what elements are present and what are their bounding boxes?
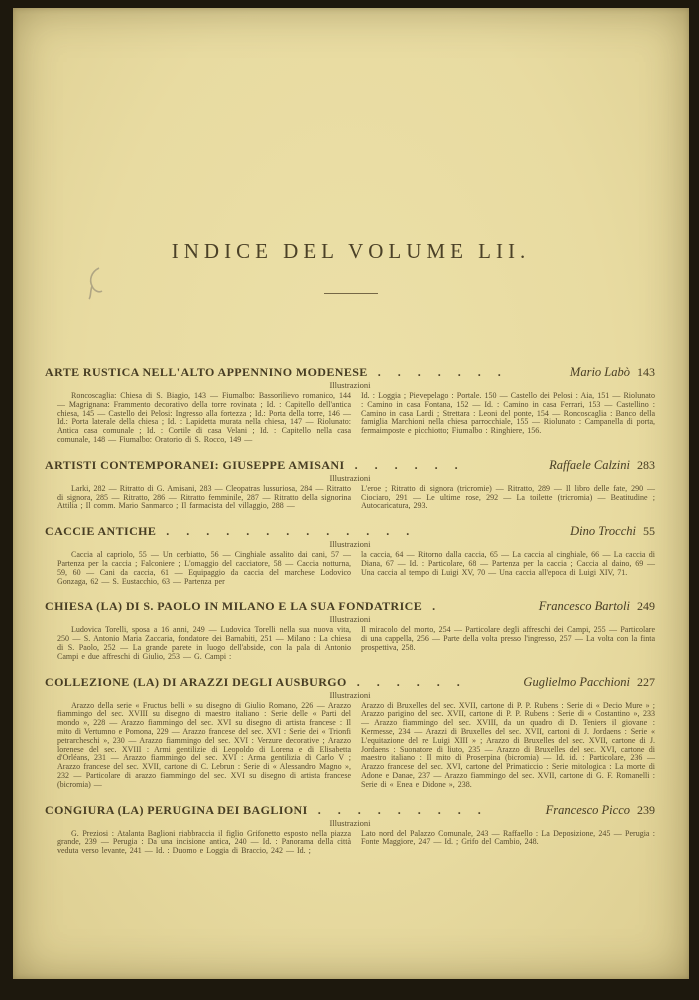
section-head: ARTE RUSTICA NELL'ALTO APPENNINO MODENES… [45, 365, 655, 379]
illustrations-right-column: la caccia, 64 — Ritorno dalla caccia, 65… [361, 551, 655, 586]
dot-leader: . . . . . . . . . . . . . [156, 524, 570, 538]
illustrations-label: Illustrazioni [45, 539, 655, 549]
illustrations-columns: Roncoscaglia: Chiesa di S. Biagio, 143 —… [45, 392, 655, 445]
illustrations-left-column: G. Preziosi : Atalanta Baglioni riabbrac… [57, 830, 351, 856]
section-author: Raffaele Calzini [549, 458, 630, 472]
illustrations-label: Illustrazioni [45, 473, 655, 483]
section-author: Francesco Bartoli [539, 599, 630, 613]
page-title: INDICE DEL VOLUME LII. [13, 239, 689, 264]
illustrations-left-column: Ludovica Torelli, sposa a 16 anni, 249 —… [57, 626, 351, 661]
section-title: CACCIE ANTICHE [45, 524, 156, 538]
illustrations-left-column: Larki, 282 — Ritratto di G. Amisani, 283… [57, 485, 351, 511]
illustrations-label: Illustrazioni [45, 614, 655, 624]
illustrations-label: Illustrazioni [45, 818, 655, 828]
illustrations-columns: G. Preziosi : Atalanta Baglioni riabbrac… [45, 830, 655, 856]
illustrations-label: Illustrazioni [45, 690, 655, 700]
illustrations-columns: Caccia al capriolo, 55 — Un cerbiatto, 5… [45, 551, 655, 586]
section-author: Dino Trocchi [570, 524, 636, 538]
index-section: ARTE RUSTICA NELL'ALTO APPENNINO MODENES… [45, 365, 655, 445]
section-head: CHIESA (LA) DI S. PAOLO IN MILANO E LA S… [45, 599, 655, 613]
scanned-page: INDICE DEL VOLUME LII. ARTE RUSTICA NELL… [13, 8, 689, 979]
illustrations-label: Illustrazioni [45, 380, 655, 390]
section-title: COLLEZIONE (LA) DI ARAZZI DEGLI AUSBURGO [45, 675, 347, 689]
illustrations-right-column: L'eroe ; Ritratto di signora (tricromie)… [361, 485, 655, 511]
illustrations-right-column: Lato nord del Palazzo Comunale, 243 — Ra… [361, 830, 655, 856]
section-title: CONGIURA (LA) PERUGINA DEI BAGLIONI [45, 803, 308, 817]
section-page-number: 249 [637, 599, 655, 613]
section-head: COLLEZIONE (LA) DI ARAZZI DEGLI AUSBURGO… [45, 675, 655, 689]
dot-leader: . . . . . . . . . [308, 803, 546, 817]
illustrations-right-column: Id. : Loggia ; Pievepelago : Portale. 15… [361, 392, 655, 445]
illustrations-columns: Arazzo della serie « Fructus belli » su … [45, 702, 655, 790]
section-title: ARTE RUSTICA NELL'ALTO APPENNINO MODENES… [45, 365, 368, 379]
illustrations-columns: Ludovica Torelli, sposa a 16 anni, 249 —… [45, 626, 655, 661]
section-head: CONGIURA (LA) PERUGINA DEI BAGLIONI . . … [45, 803, 655, 817]
pencil-mark [85, 266, 107, 300]
section-author: Francesco Picco [546, 803, 630, 817]
masthead: INDICE DEL VOLUME LII. [13, 8, 689, 294]
illustrations-columns: Larki, 282 — Ritratto di G. Amisani, 283… [45, 485, 655, 511]
illustrations-right-column: Il miracolo del morto, 254 — Particolare… [361, 626, 655, 661]
index-section: ARTISTI CONTEMPORANEI: GIUSEPPE AMISANI … [45, 458, 655, 511]
section-head: ARTISTI CONTEMPORANEI: GIUSEPPE AMISANI … [45, 458, 655, 472]
section-page-number: 55 [643, 524, 655, 538]
illustrations-right-column: Arazzo di Bruxelles del sec. XVII, carto… [361, 702, 655, 790]
dot-leader: . [422, 599, 539, 613]
index-content: ARTE RUSTICA NELL'ALTO APPENNINO MODENES… [13, 294, 689, 856]
index-section: CACCIE ANTICHE . . . . . . . . . . . . .… [45, 524, 655, 586]
illustrations-left-column: Roncoscaglia: Chiesa di S. Biagio, 143 —… [57, 392, 351, 445]
index-section: CONGIURA (LA) PERUGINA DEI BAGLIONI . . … [45, 803, 655, 856]
dot-leader: . . . . . . . [368, 365, 570, 379]
index-section: COLLEZIONE (LA) DI ARAZZI DEGLI AUSBURGO… [45, 675, 655, 790]
section-page-number: 239 [637, 803, 655, 817]
section-title: CHIESA (LA) DI S. PAOLO IN MILANO E LA S… [45, 599, 422, 613]
illustrations-left-column: Caccia al capriolo, 55 — Un cerbiatto, 5… [57, 551, 351, 586]
section-head: CACCIE ANTICHE . . . . . . . . . . . . .… [45, 524, 655, 538]
illustrations-left-column: Arazzo della serie « Fructus belli » su … [57, 702, 351, 790]
section-page-number: 283 [637, 458, 655, 472]
section-author: Guglielmo Pacchioni [523, 675, 630, 689]
section-page-number: 143 [637, 365, 655, 379]
dot-leader: . . . . . . [345, 458, 550, 472]
section-title: ARTISTI CONTEMPORANEI: GIUSEPPE AMISANI [45, 458, 345, 472]
section-page-number: 227 [637, 675, 655, 689]
dot-leader: . . . . . . [347, 675, 524, 689]
section-author: Mario Labò [570, 365, 630, 379]
index-section: CHIESA (LA) DI S. PAOLO IN MILANO E LA S… [45, 599, 655, 661]
